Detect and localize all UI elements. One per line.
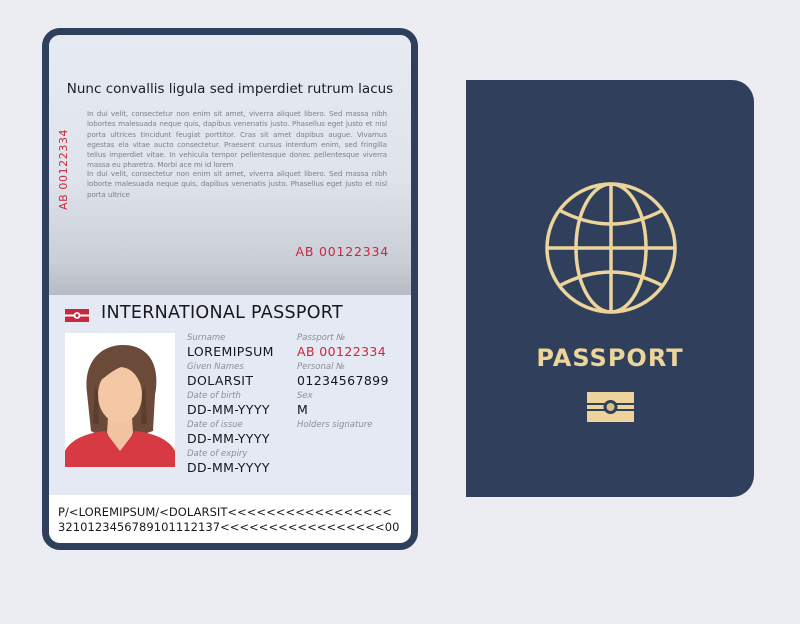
vertical-serial-number: AB 00122334 [57,130,71,210]
cover-title: PASSPORT [466,344,754,372]
machine-readable-zone: P/<LOREMIPSUM/<DOLARSIT<<<<<<<<<<<<<<<<<… [49,495,411,543]
serial-number: AB 00122334 [295,244,389,259]
mrz-line-2: 3210123456789101112137<<<<<<<<<<<<<<<<<0… [58,520,399,534]
body-paragraph: In dui velit, consectetur non enim sit a… [87,169,387,200]
personal-number-value: 01234567899 [297,373,389,388]
date-of-expiry-label: Date of expiry [187,449,247,459]
globe-icon [543,180,679,316]
visa-page: Nunc convallis ligula sed imperdiet rutr… [49,35,411,295]
passport-data-page: Nunc convallis ligula sed imperdiet rutr… [42,28,418,550]
holder-photo [65,333,175,467]
sex-value: M [297,402,308,417]
date-of-birth-value: DD-MM-YYYY [187,402,270,417]
passport-number-value: AB 00122334 [297,344,386,359]
sex-label: Sex [297,391,313,401]
signature-label: Holders signature [297,420,372,430]
body-paragraph: In dui velit, consectetur non enim sit a… [87,109,387,171]
date-of-expiry-value: DD-MM-YYYY [187,460,270,475]
surname-label: Surname [187,333,225,343]
given-names-label: Given Names [187,362,244,372]
red-white-flag-icon [65,307,89,320]
surname-value: LOREMIPSUM [187,344,274,359]
personal-number-label: Personal № [297,362,345,372]
document-title: INTERNATIONAL PASSPORT [101,303,343,323]
date-of-issue-label: Date of issue [187,420,243,430]
given-names-value: DOLARSIT [187,373,253,388]
identity-section: INTERNATIONAL PASSPORT Surname LOREMIPSU… [49,295,411,495]
biometric-chip-icon [587,392,634,422]
page-heading: Nunc convallis ligula sed imperdiet rutr… [49,81,411,97]
date-of-issue-value: DD-MM-YYYY [187,431,270,446]
mrz-line-1: P/<LOREMIPSUM/<DOLARSIT<<<<<<<<<<<<<<<<< [58,505,392,519]
passport-cover: PASSPORT [466,80,754,497]
person-avatar-icon [65,333,175,467]
date-of-birth-label: Date of birth [187,391,241,401]
passport-number-label: Passport № [297,333,345,343]
document-header: INTERNATIONAL PASSPORT [65,303,343,323]
